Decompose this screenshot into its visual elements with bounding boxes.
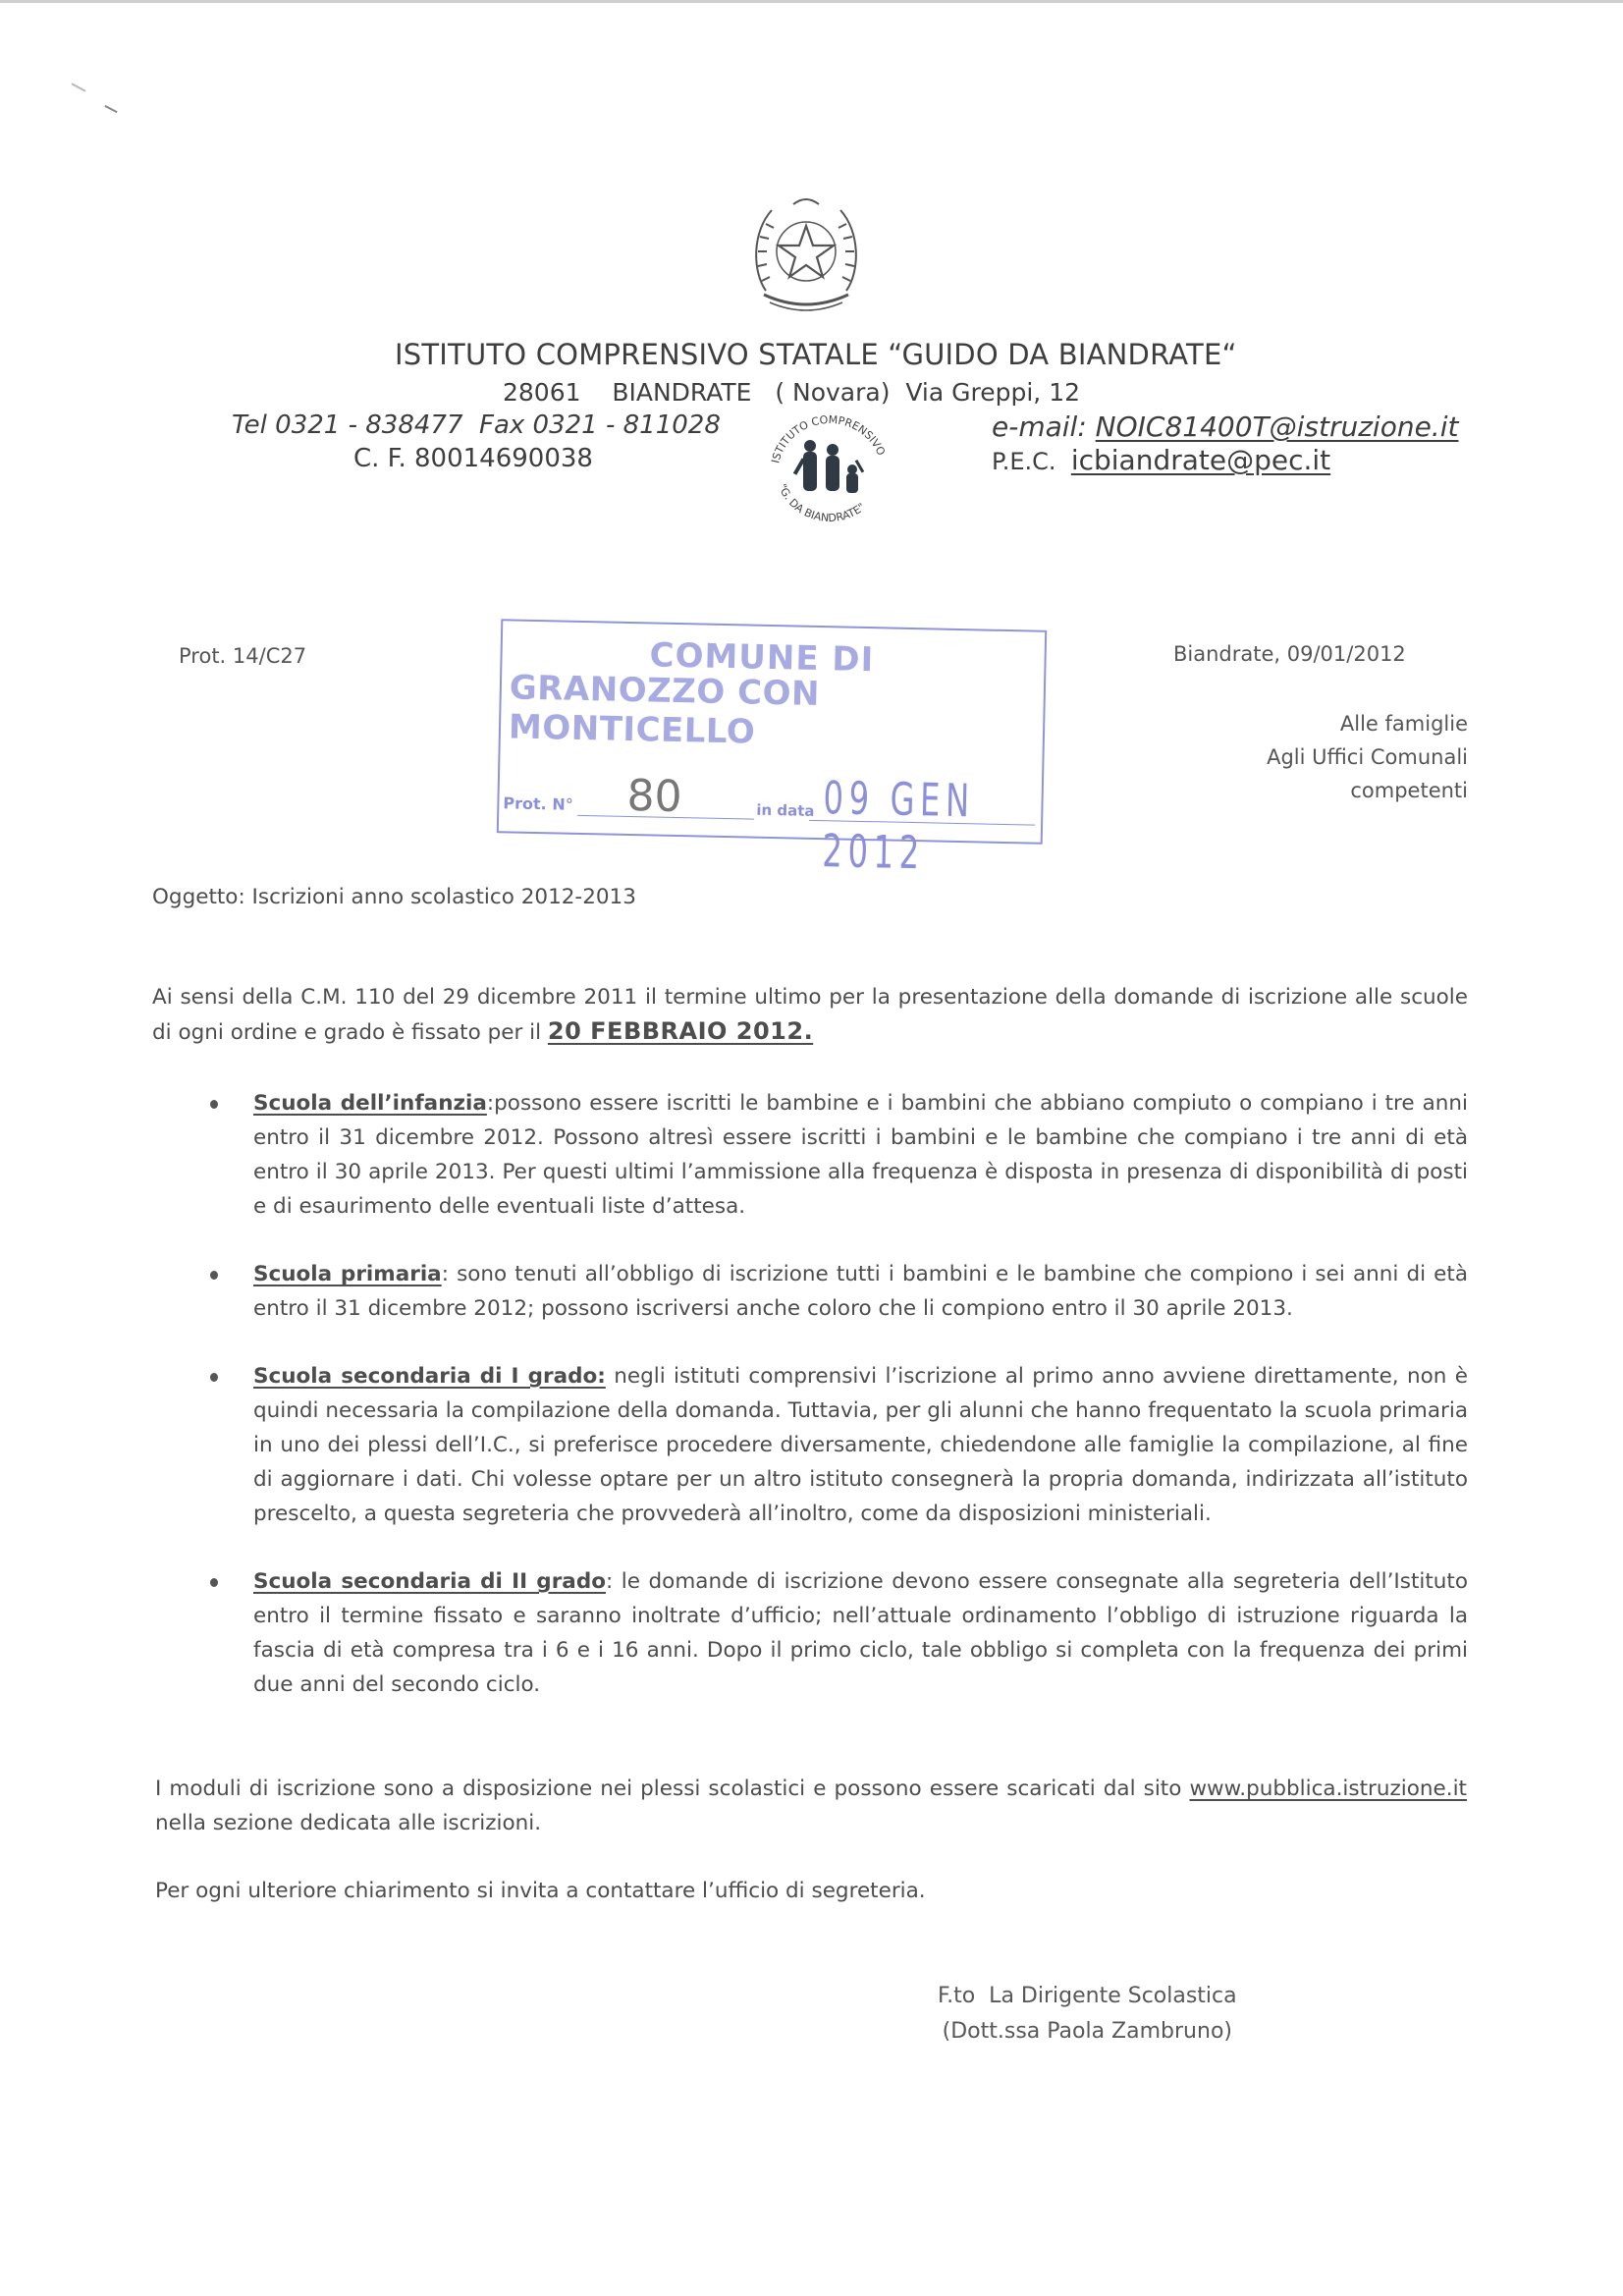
signature-block: F.to La Dirigente Scolastica (Dott.ssa P… <box>938 1979 1237 2050</box>
subject-line: Oggetto: Iscrizioni anno scolastico 2012… <box>152 880 636 914</box>
list-item: Scuola secondaria di II grado: le domand… <box>187 1564 1468 1702</box>
recipient: Agli Uffici Comunali <box>1267 740 1468 774</box>
list-item: Scuola primaria: sono tenuti all’obbligo… <box>187 1257 1468 1326</box>
school-logo-icon: ISTITUTO COMPRENSIVO "G. DA BIANDRATE" <box>756 412 903 528</box>
italian-republic-emblem-icon <box>744 192 868 318</box>
section-keyword: Scuola secondaria di II grado <box>253 1569 606 1594</box>
section-keyword: Scuola dell’infanzia <box>253 1091 487 1116</box>
recipients: Alle famiglie Agli Uffici Comunali compe… <box>1267 707 1468 807</box>
email-line: e-mail: NOIC81400T@istruzione.it <box>992 410 1458 443</box>
school-level-list: Scuola dell’infanzia:possono essere iscr… <box>187 1086 1468 1735</box>
pec-label: P.E.C. <box>992 448 1071 475</box>
list-item: Scuola secondaria di I grado: negli isti… <box>187 1359 1468 1531</box>
email-link[interactable]: NOIC81400T@istruzione.it <box>1096 410 1459 443</box>
stamp-prot-number: 80 <box>626 771 682 822</box>
section-sep: : <box>606 1569 622 1594</box>
section-keyword: Scuola primaria <box>253 1262 442 1286</box>
ministry-website-link[interactable]: www.pubblica.istruzione.it <box>1189 1777 1467 1801</box>
bullet-icon <box>210 1373 218 1382</box>
deadline: 20 FEBBRAIO 2012. <box>548 1017 813 1045</box>
scan-speck <box>71 82 85 91</box>
recipient: competenti <box>1267 774 1468 807</box>
section-sep: : <box>442 1262 457 1286</box>
forms-paragraph: I moduli di iscrizione sono a disposizio… <box>155 1772 1467 1840</box>
phone-fax: Tel 0321 - 838477 Fax 0321 - 811028 <box>232 410 721 440</box>
email-label: e-mail: <box>992 410 1096 443</box>
signature-title: F.to La Dirigente Scolastica <box>938 1979 1237 2014</box>
school-address: 28061 BIANDRATE ( Novara) Via Greppi, 12 <box>503 378 1080 407</box>
closing-paragraph: Per ogni ulteriore chiarimento si invita… <box>155 1874 926 1908</box>
reception-stamp: COMUNE DI GRANOZZO CON MONTICELLO Prot. … <box>497 619 1047 845</box>
pec-line: P.E.C. icbiandrate@pec.it <box>992 444 1330 476</box>
recipient: Alle famiglie <box>1267 707 1468 740</box>
fiscal-code: C. F. 80014690038 <box>353 444 593 473</box>
forms-text-after: nella sezione dedicata alle iscrizioni. <box>155 1811 541 1835</box>
bullet-icon <box>210 1578 218 1587</box>
bullet-icon <box>210 1271 218 1280</box>
section-keyword: Scuola secondaria di I grado: <box>253 1364 606 1389</box>
list-item: Scuola dell’infanzia:possono essere iscr… <box>187 1086 1468 1224</box>
stamp-line-2: GRANOZZO CON MONTICELLO <box>509 668 1045 757</box>
bullet-icon <box>210 1100 218 1109</box>
protocol-number: Prot. 14/C27 <box>179 644 306 668</box>
stamp-prot-label: Prot. N° <box>503 793 573 813</box>
stamp-date: 09 GEN 2012 <box>822 771 977 880</box>
intro-paragraph: Ai sensi della C.M. 110 del 29 dicembre … <box>152 980 1468 1050</box>
scan-edge <box>0 0 1623 3</box>
section-sep <box>606 1364 614 1389</box>
scan-speck <box>104 105 117 113</box>
school-name: ISTITUTO COMPRENSIVO STATALE “GUIDO DA B… <box>395 338 1237 371</box>
place-date: Biandrate, 09/01/2012 <box>1173 642 1406 666</box>
pec-link[interactable]: icbiandrate@pec.it <box>1071 444 1330 476</box>
signature-name: (Dott.ssa Paola Zambruno) <box>938 2014 1237 2050</box>
stamp-date-label: in data <box>756 801 815 820</box>
forms-text: I moduli di iscrizione sono a disposizio… <box>155 1777 1189 1801</box>
